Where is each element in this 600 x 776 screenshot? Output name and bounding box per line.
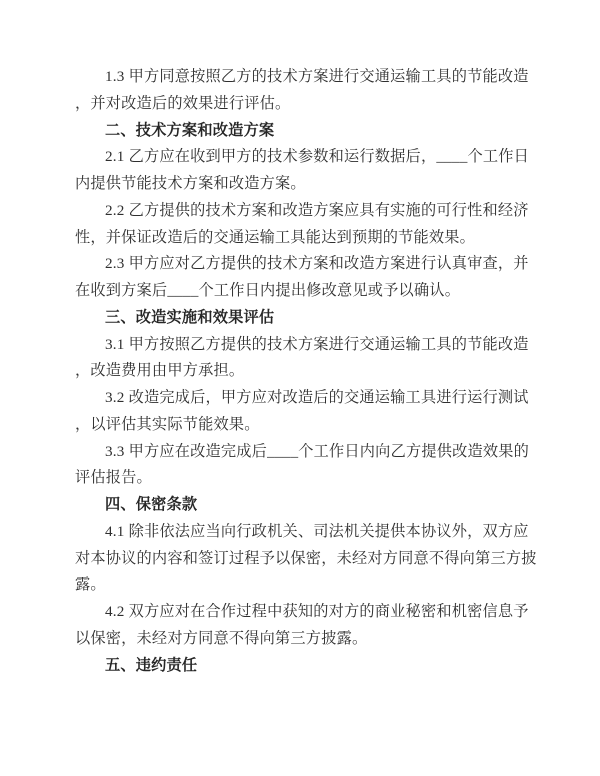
clause-1-3-line-2: ，并对改造后的效果进行评估。	[75, 91, 530, 118]
clause-1-3: 1.3 甲方同意按照乙方的技术方案进行交通运输工具的节能改造，并对改造后的效果进…	[75, 64, 530, 118]
section-5-heading-line-1: 五、违约责任	[75, 653, 530, 680]
clause-3-1-line-2: ，改造费用由甲方承担。	[75, 358, 530, 385]
section-5-heading: 五、违约责任	[75, 653, 530, 680]
clause-4-1-line-1: 4.1 除非依法应当向行政机关、司法机关提供本协议外，双方应	[75, 519, 530, 546]
section-3-heading: 三、改造实施和效果评估	[75, 305, 530, 332]
clause-4-2-line-2: 以保密，未经对方同意不得向第三方披露。	[75, 626, 530, 653]
clause-4-2-line-1: 4.2 双方应对在合作过程中获知的对方的商业秘密和机密信息予	[75, 599, 530, 626]
clause-2-2-line-2: 性，并保证改造后的交通运输工具能达到预期的节能效果。	[75, 225, 530, 252]
clause-3-2-line-1: 3.2 改造完成后，甲方应对改造后的交通运输工具进行运行测试	[75, 385, 530, 412]
clause-3-3-line-1: 3.3 甲方应在改造完成后____个工作日内向乙方提供改造效果的	[75, 439, 530, 466]
clause-2-3-line-2: 在收到方案后____个工作日内提出修改意见或予以确认。	[75, 278, 530, 305]
section-4-heading-line-1: 四、保密条款	[75, 492, 530, 519]
section-3-heading-line-1: 三、改造实施和效果评估	[75, 305, 530, 332]
section-2-heading-line-1: 二、技术方案和改造方案	[75, 118, 530, 145]
section-4-heading: 四、保密条款	[75, 492, 530, 519]
clause-2-2: 2.2 乙方提供的技术方案和改造方案应具有实施的可行性和经济性，并保证改造后的交…	[75, 198, 530, 252]
clause-4-1-line-3: 露。	[75, 572, 530, 599]
clause-2-2-line-1: 2.2 乙方提供的技术方案和改造方案应具有实施的可行性和经济	[75, 198, 530, 225]
clause-2-3-line-1: 2.3 甲方应对乙方提供的技术方案和改造方案进行认真审查，并	[75, 251, 530, 278]
clause-3-1-line-1: 3.1 甲方按照乙方提供的技术方案进行交通运输工具的节能改造	[75, 332, 530, 359]
section-2-heading: 二、技术方案和改造方案	[75, 118, 530, 145]
clause-3-3-line-2: 评估报告。	[75, 465, 530, 492]
clause-1-3-line-1: 1.3 甲方同意按照乙方的技术方案进行交通运输工具的节能改造	[75, 64, 530, 91]
clause-3-2: 3.2 改造完成后，甲方应对改造后的交通运输工具进行运行测试，以评估其实际节能效…	[75, 385, 530, 439]
clause-3-2-line-2: ，以评估其实际节能效果。	[75, 412, 530, 439]
clause-3-1: 3.1 甲方按照乙方提供的技术方案进行交通运输工具的节能改造，改造费用由甲方承担…	[75, 332, 530, 386]
clause-4-1-line-2: 对本协议的内容和签订过程予以保密，未经对方同意不得向第三方披	[75, 546, 530, 573]
clause-4-2: 4.2 双方应对在合作过程中获知的对方的商业秘密和机密信息予以保密，未经对方同意…	[75, 599, 530, 653]
clause-2-3: 2.3 甲方应对乙方提供的技术方案和改造方案进行认真审查，并在收到方案后____…	[75, 251, 530, 305]
clause-3-3: 3.3 甲方应在改造完成后____个工作日内向乙方提供改造效果的评估报告。	[75, 439, 530, 493]
clause-2-1: 2.1 乙方应在收到甲方的技术参数和运行数据后，____个工作日内提供节能技术方…	[75, 144, 530, 198]
clause-4-1: 4.1 除非依法应当向行政机关、司法机关提供本协议外，双方应对本协议的内容和签订…	[75, 519, 530, 599]
document-page: 1.3 甲方同意按照乙方的技术方案进行交通运输工具的节能改造，并对改造后的效果进…	[0, 0, 600, 776]
clause-2-1-line-2: 内提供节能技术方案和改造方案。	[75, 171, 530, 198]
clause-2-1-line-1: 2.1 乙方应在收到甲方的技术参数和运行数据后，____个工作日	[75, 144, 530, 171]
